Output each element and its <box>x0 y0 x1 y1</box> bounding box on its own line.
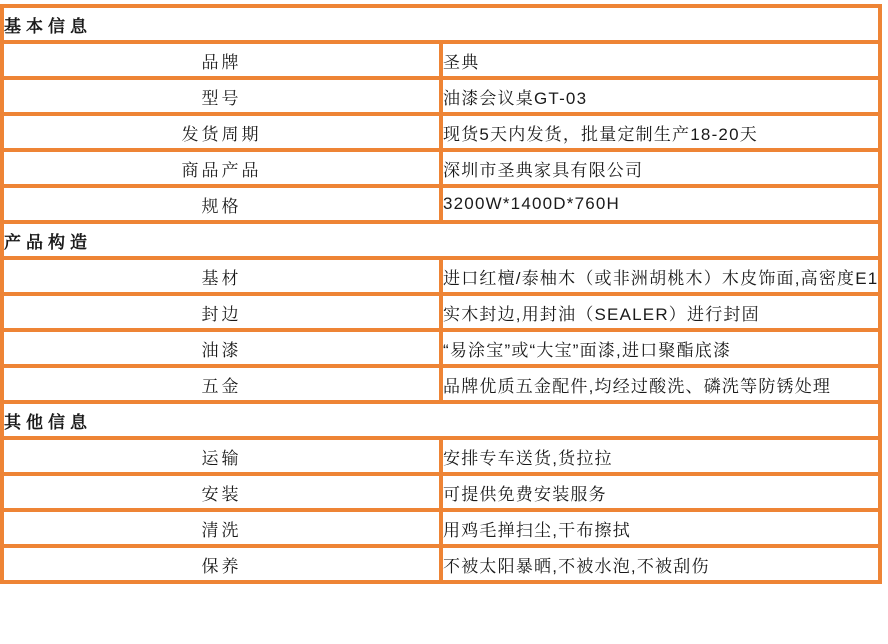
spec-value-brand: 圣典 <box>441 42 880 78</box>
table-row: 商品产品 深圳市圣典家具有限公司 <box>2 150 880 186</box>
table-row: 封边 实木封边,用封油（SEALER）进行封固 <box>2 294 880 330</box>
table-row: 清洗 用鸡毛掸扫尘,干布擦拭 <box>2 510 880 546</box>
table-row: 五金 品牌优质五金配件,均经过酸洗、磷洗等防锈处理 <box>2 366 880 402</box>
spec-label-hardware: 五金 <box>2 366 441 402</box>
section-row-other-info: 其他信息 <box>2 402 880 438</box>
spec-label-installation: 安装 <box>2 474 441 510</box>
spec-label-brand: 品牌 <box>2 42 441 78</box>
product-spec-table: 基本信息 品牌 圣典 型号 油漆会议桌GT-03 发货周期 现货5天内发货，批量… <box>0 4 882 584</box>
table-row: 运输 安排专车送货,货拉拉 <box>2 438 880 474</box>
spec-value-cleaning: 用鸡毛掸扫尘,干布擦拭 <box>441 510 880 546</box>
spec-value-installation: 可提供免费安装服务 <box>441 474 880 510</box>
section-header-basic-info: 基本信息 <box>2 6 880 42</box>
spec-label-shipping: 运输 <box>2 438 441 474</box>
table-row: 型号 油漆会议桌GT-03 <box>2 78 880 114</box>
spec-label-delivery-cycle: 发货周期 <box>2 114 441 150</box>
spec-value-edge-banding: 实木封边,用封油（SEALER）进行封固 <box>441 294 880 330</box>
spec-value-hardware: 品牌优质五金配件,均经过酸洗、磷洗等防锈处理 <box>441 366 880 402</box>
table-row: 规格 3200W*1400D*760H <box>2 186 880 222</box>
spec-value-shipping: 安排专车送货,货拉拉 <box>441 438 880 474</box>
spec-label-cleaning: 清洗 <box>2 510 441 546</box>
section-header-construction: 产品构造 <box>2 222 880 258</box>
spec-label-base-material: 基材 <box>2 258 441 294</box>
spec-label-paint: 油漆 <box>2 330 441 366</box>
spec-label-maintenance: 保养 <box>2 546 441 582</box>
table-row: 保养 不被太阳暴晒,不被水泡,不被刮伤 <box>2 546 880 582</box>
table-row: 品牌 圣典 <box>2 42 880 78</box>
section-row-construction: 产品构造 <box>2 222 880 258</box>
spec-value-model: 油漆会议桌GT-03 <box>441 78 880 114</box>
table-row: 安装 可提供免费安装服务 <box>2 474 880 510</box>
table-row: 油漆 “易涂宝”或“大宝”面漆,进口聚酯底漆 <box>2 330 880 366</box>
spec-value-dimensions: 3200W*1400D*760H <box>441 186 880 222</box>
spec-value-delivery-cycle: 现货5天内发货，批量定制生产18-20天 <box>441 114 880 150</box>
spec-label-dimensions: 规格 <box>2 186 441 222</box>
spec-value-paint: “易涂宝”或“大宝”面漆,进口聚酯底漆 <box>441 330 880 366</box>
table-row: 基材 进口红檀/泰柚木（或非洲胡桃木）木皮饰面,高密度E1级纤维板 <box>2 258 880 294</box>
spec-value-product-company: 深圳市圣典家具有限公司 <box>441 150 880 186</box>
spec-label-product-company: 商品产品 <box>2 150 441 186</box>
table-row: 发货周期 现货5天内发货，批量定制生产18-20天 <box>2 114 880 150</box>
spec-value-base-material: 进口红檀/泰柚木（或非洲胡桃木）木皮饰面,高密度E1级纤维板 <box>441 258 880 294</box>
section-row-basic-info: 基本信息 <box>2 6 880 42</box>
section-header-other-info: 其他信息 <box>2 402 880 438</box>
spec-label-edge-banding: 封边 <box>2 294 441 330</box>
spec-value-maintenance: 不被太阳暴晒,不被水泡,不被刮伤 <box>441 546 880 582</box>
spec-label-model: 型号 <box>2 78 441 114</box>
